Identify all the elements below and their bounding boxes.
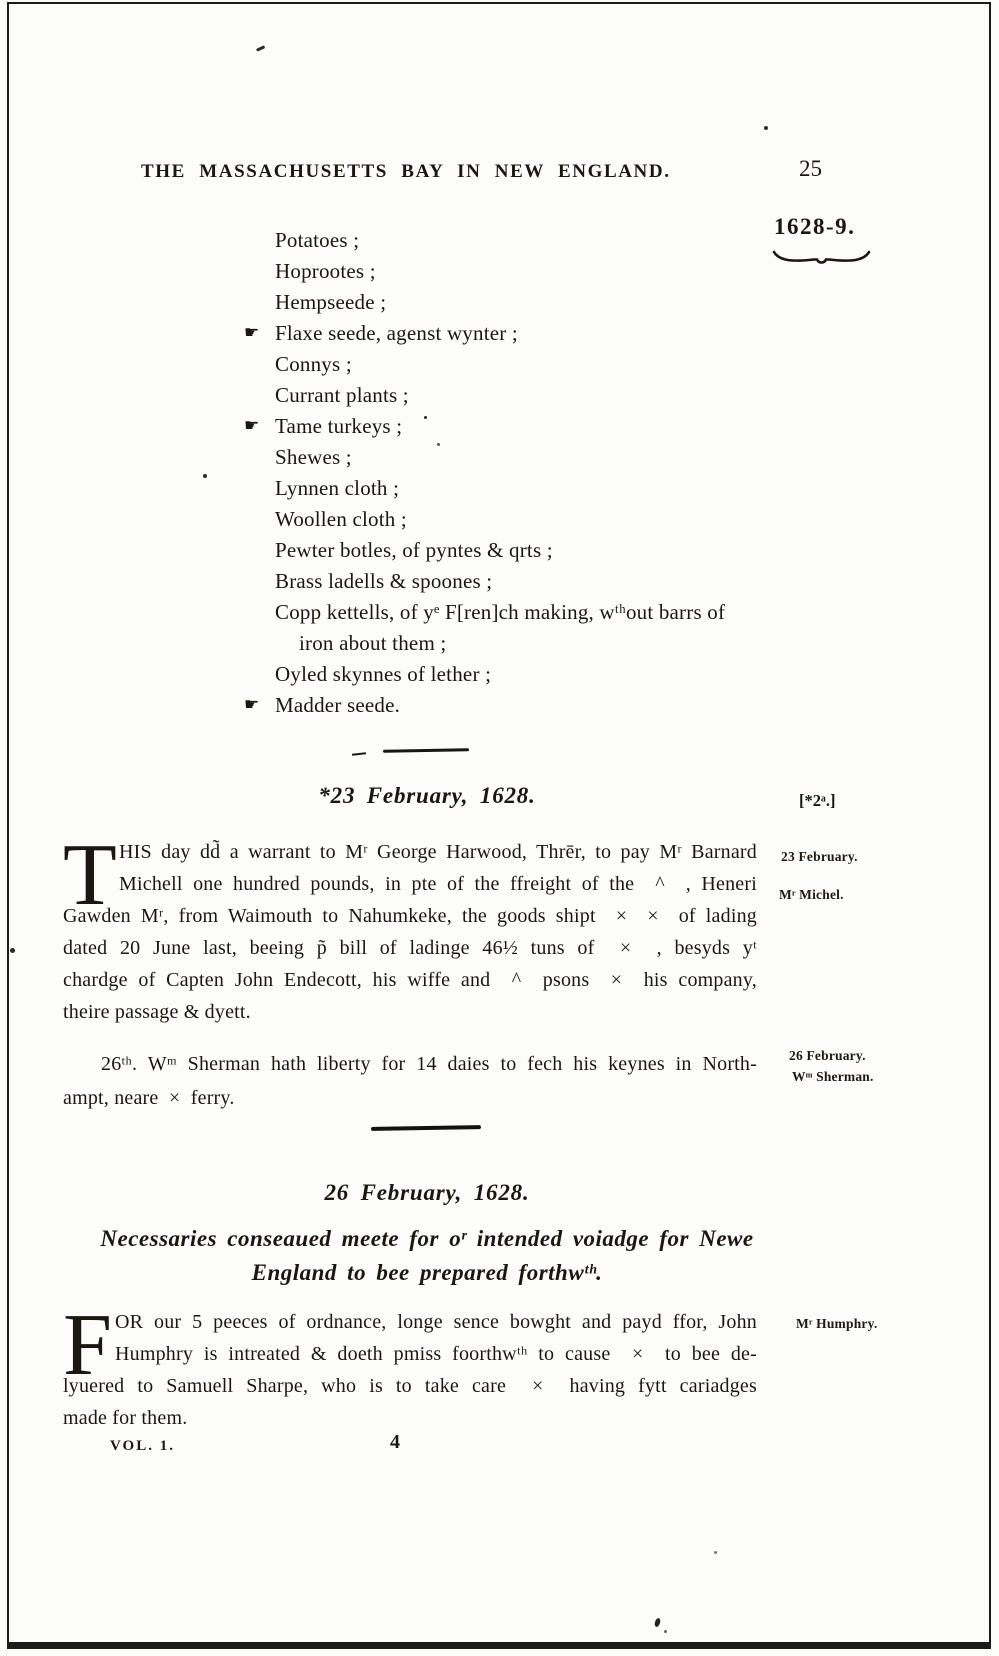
- ink-speck: [437, 443, 440, 446]
- list-item: Pewter botles, of pyntes & qrts ;: [275, 535, 725, 566]
- subheading-line: England to bee prepared forthwᵗʰ.: [97, 1256, 757, 1290]
- supply-list: Potatoes ; Hoprootes ; Hempseede ; ☛Flax…: [275, 225, 725, 721]
- margin-note-name: Wᵐ Sherman.: [792, 1069, 874, 1085]
- entry-paragraph-26th: 26ᵗʰ. Wᵐ Sherman hath liberty for 14 dai…: [63, 1047, 757, 1115]
- body-line: lyuered to Samuell Sharpe, who is to tak…: [63, 1370, 757, 1402]
- list-item: Currant plants ;: [275, 380, 725, 411]
- manicule-icon: ☛: [244, 690, 259, 721]
- ink-speck: [714, 1551, 717, 1554]
- subheading-line: Necessaries conseaued meete for oʳ inten…: [97, 1222, 757, 1256]
- section-subheading: Necessaries conseaued meete for oʳ inten…: [63, 1222, 757, 1290]
- body-line: Michell one hundred pounds, in pte of th…: [63, 868, 757, 900]
- list-item-text: Flaxe seede, agenst wynter ;: [275, 321, 518, 345]
- list-item-text: Pewter botles, of pyntes & qrts ;: [275, 538, 553, 562]
- list-item: ☛Madder seede.: [275, 690, 725, 721]
- ink-speck: [764, 126, 768, 130]
- list-item: Potatoes ;: [275, 225, 725, 256]
- drop-cap: F: [63, 1306, 112, 1386]
- list-item-text: Hoprootes ;: [275, 259, 376, 283]
- body-line: Humphry is intreated & doeth pmiss foort…: [63, 1338, 757, 1370]
- entry-paragraph-23-february: T HIS day dd̃ a warrant to Mʳ George Har…: [63, 836, 757, 1028]
- list-item: Hempseede ;: [275, 287, 725, 318]
- drop-cap: T: [63, 836, 117, 916]
- margin-note-name: Mʳ Humphry.: [796, 1316, 877, 1332]
- body-line: dated 20 June last, beeing p̃ bill of la…: [63, 932, 757, 964]
- body-line: theire passage & dyett.: [63, 996, 757, 1028]
- ink-speck: [664, 1630, 667, 1633]
- list-item-text: iron about them ;: [299, 631, 446, 655]
- signature-mark: 4: [390, 1431, 400, 1454]
- list-item-text: Brass ladells & spoones ;: [275, 569, 492, 593]
- folio-note: [*2ᵃ.]: [799, 791, 835, 811]
- list-item: Woollen cloth ;: [275, 504, 725, 535]
- ink-speck: [10, 948, 15, 953]
- list-item: Copp kettells, of yᵉ F[ren]ch making, wᵗ…: [275, 597, 725, 628]
- body-line: 26ᵗʰ. Wᵐ Sherman hath liberty for 14 dai…: [63, 1047, 757, 1081]
- margin-note-date: 23 February.: [781, 849, 858, 865]
- ink-speck: [203, 474, 207, 478]
- list-item-text: Shewes ;: [275, 445, 352, 469]
- section-heading-23-february: *23 February, 1628.: [63, 783, 757, 809]
- list-item-text: Woollen cloth ;: [275, 507, 407, 531]
- list-item-text: Connys ;: [275, 352, 352, 376]
- list-item-text: Copp kettells, of yᵉ F[ren]ch making, wᵗ…: [275, 600, 725, 624]
- margin-year-note: 1628-9.: [774, 214, 855, 240]
- list-item-text: Oyled skynnes of lether ;: [275, 662, 491, 686]
- list-item-text: Currant plants ;: [275, 383, 409, 407]
- list-item: Lynnen cloth ;: [275, 473, 725, 504]
- body-line: made for them.: [63, 1402, 757, 1434]
- body-line: Gawden Mʳ, from Waimouth to Nahumkeke, t…: [63, 900, 757, 932]
- list-item: Shewes ;: [275, 442, 725, 473]
- list-item: Brass ladells & spoones ;: [275, 566, 725, 597]
- body-line: HIS day dd̃ a warrant to Mʳ George Harwo…: [63, 836, 757, 868]
- list-item: ☛Flaxe seede, agenst wynter ;: [275, 318, 725, 349]
- list-item: Oyled skynnes of lether ;: [275, 659, 725, 690]
- list-item-text: Madder seede.: [275, 693, 400, 717]
- ink-speck: [424, 416, 427, 419]
- margin-note-name: Mʳ Michel.: [779, 887, 844, 903]
- list-item: ☛Tame turkeys ;: [275, 411, 725, 442]
- list-item-text: Potatoes ;: [275, 228, 359, 252]
- margin-note-date: 26 February.: [789, 1048, 866, 1064]
- scanned-book-page: THE MASSACHUSETTS BAY IN NEW ENGLAND. 25…: [0, 0, 999, 1656]
- volume-footer: VOL. 1.: [110, 1438, 175, 1455]
- body-line: ampt, neare × ferry.: [63, 1081, 757, 1115]
- list-item-text: Hempseede ;: [275, 290, 386, 314]
- manicule-icon: ☛: [244, 318, 259, 349]
- underbrace-swash: [772, 250, 871, 264]
- section-heading-26-february: 26 February, 1628.: [63, 1180, 757, 1206]
- body-line: chardge of Capten John Endecott, his wif…: [63, 964, 757, 996]
- page-number: 25: [799, 156, 822, 182]
- list-item-text: Tame turkeys ;: [275, 414, 402, 438]
- manicule-icon: ☛: [244, 411, 259, 442]
- list-item-text: Lynnen cloth ;: [275, 476, 399, 500]
- list-item-continuation: iron about them ;: [275, 628, 725, 659]
- list-item: Connys ;: [275, 349, 725, 380]
- list-item: Hoprootes ;: [275, 256, 725, 287]
- body-line: OR our 5 peeces of ordnance, longe sence…: [63, 1306, 757, 1338]
- running-header-title: THE MASSACHUSETTS BAY IN NEW ENGLAND.: [141, 161, 671, 183]
- entry-paragraph-ordnance: F OR our 5 peeces of ordnance, longe sen…: [63, 1306, 757, 1434]
